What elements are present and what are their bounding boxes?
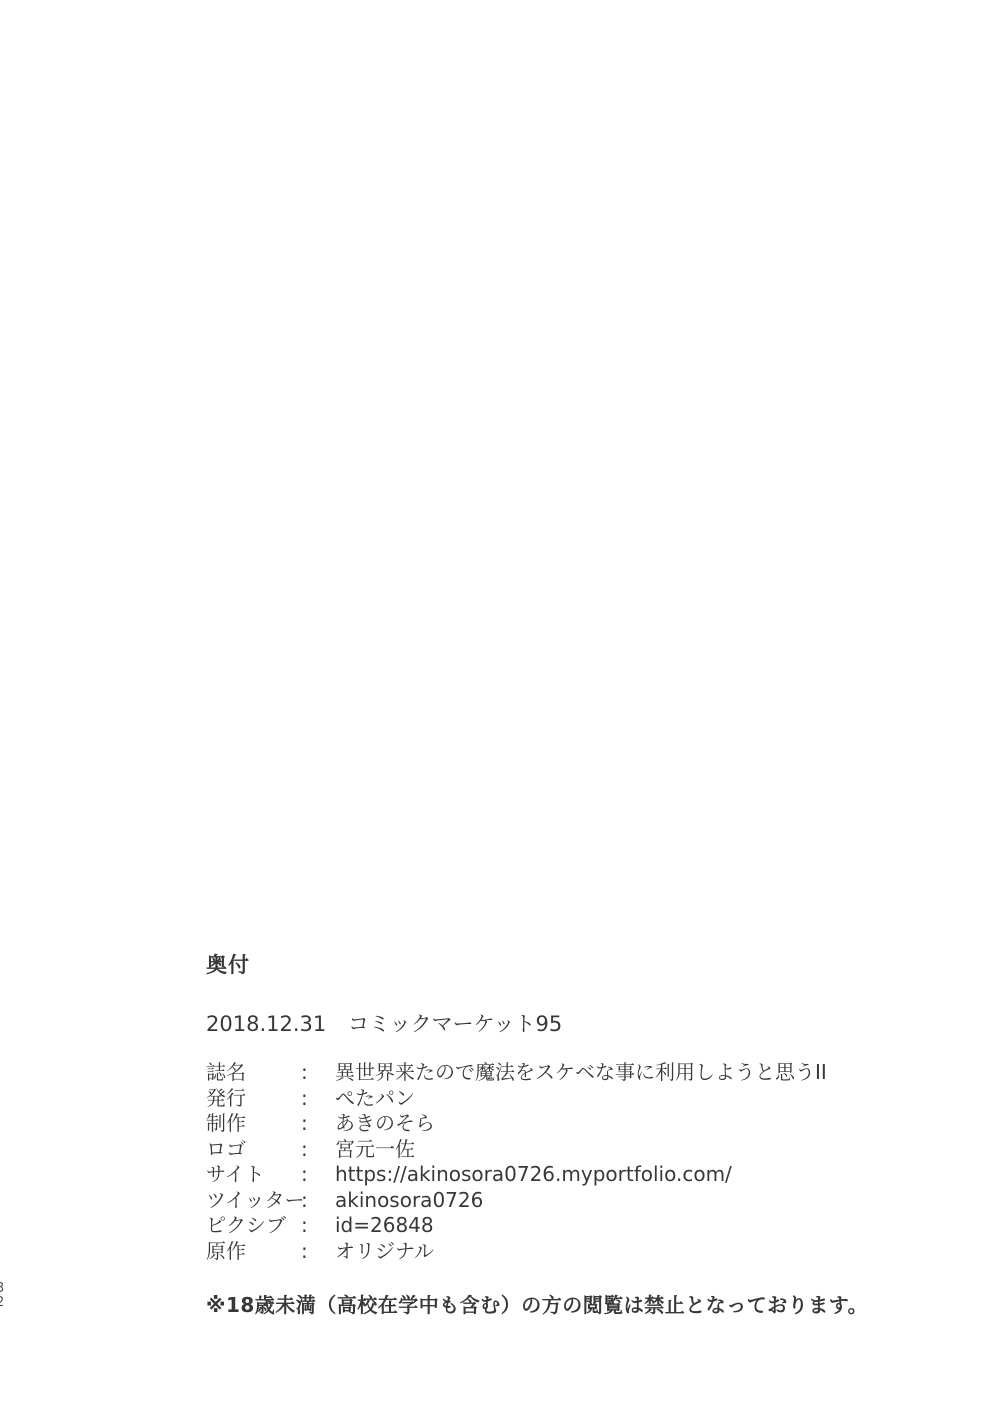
info-row-twitter: ツイッター : akinosora0726 <box>206 1188 926 1214</box>
info-label: 制作 <box>206 1111 301 1137</box>
info-row-publisher: 発行 : ぺたパン <box>206 1086 926 1112</box>
info-row-site: サイト : https://akinosora0726.myportfolio.… <box>206 1162 926 1188</box>
info-separator: : <box>301 1060 335 1086</box>
info-separator: : <box>301 1162 335 1188</box>
info-value: 異世界来たので魔法をスケベな事に利用しようと思うII <box>335 1060 926 1086</box>
info-value: id=26848 <box>335 1213 926 1239</box>
info-value: akinosora0726 <box>335 1188 926 1214</box>
page-number: 32 <box>0 1282 7 1309</box>
info-label: サイト <box>206 1162 301 1188</box>
info-label: ツイッター <box>206 1188 301 1214</box>
info-value: あきのそら <box>335 1111 926 1137</box>
info-separator: : <box>301 1111 335 1137</box>
event-name: コミックマーケット95 <box>348 1012 562 1036</box>
info-value: オリジナル <box>335 1239 926 1265</box>
info-value: 宮元一佐 <box>335 1137 926 1163</box>
info-value-url: https://akinosora0726.myportfolio.com/ <box>335 1162 926 1188</box>
publication-date: 2018.12.31 <box>206 1012 348 1036</box>
info-separator: : <box>301 1086 335 1112</box>
info-label: ロゴ <box>206 1137 301 1163</box>
event-line: 2018.12.31コミックマーケット95 <box>206 1008 562 1038</box>
info-row-title: 誌名 : 異世界来たので魔法をスケベな事に利用しようと思うII <box>206 1060 926 1086</box>
info-separator: : <box>301 1213 335 1239</box>
info-label: 誌名 <box>206 1060 301 1086</box>
info-row-logo: ロゴ : 宮元一佐 <box>206 1137 926 1163</box>
age-restriction-notice: ※18歳未満（高校在学中も含む）の方の閲覧は禁止となっております。 <box>206 1289 868 1318</box>
colophon-heading: 奥付 <box>206 949 250 979</box>
info-separator: : <box>301 1239 335 1265</box>
info-row-original-work: 原作 : オリジナル <box>206 1239 926 1265</box>
colophon-info-table: 誌名 : 異世界来たので魔法をスケベな事に利用しようと思うII 発行 : ぺたパ… <box>206 1060 926 1264</box>
info-value: ぺたパン <box>335 1086 926 1112</box>
info-separator: : <box>301 1188 335 1214</box>
info-row-pixiv: ピクシブ : id=26848 <box>206 1213 926 1239</box>
info-separator: : <box>301 1137 335 1163</box>
info-label: 原作 <box>206 1239 301 1265</box>
info-label: 発行 <box>206 1086 301 1112</box>
info-row-production: 制作 : あきのそら <box>206 1111 926 1137</box>
info-label: ピクシブ <box>206 1213 301 1239</box>
colophon-page: 32 奥付 2018.12.31コミックマーケット95 誌名 : 異世界来たので… <box>0 0 1000 1413</box>
